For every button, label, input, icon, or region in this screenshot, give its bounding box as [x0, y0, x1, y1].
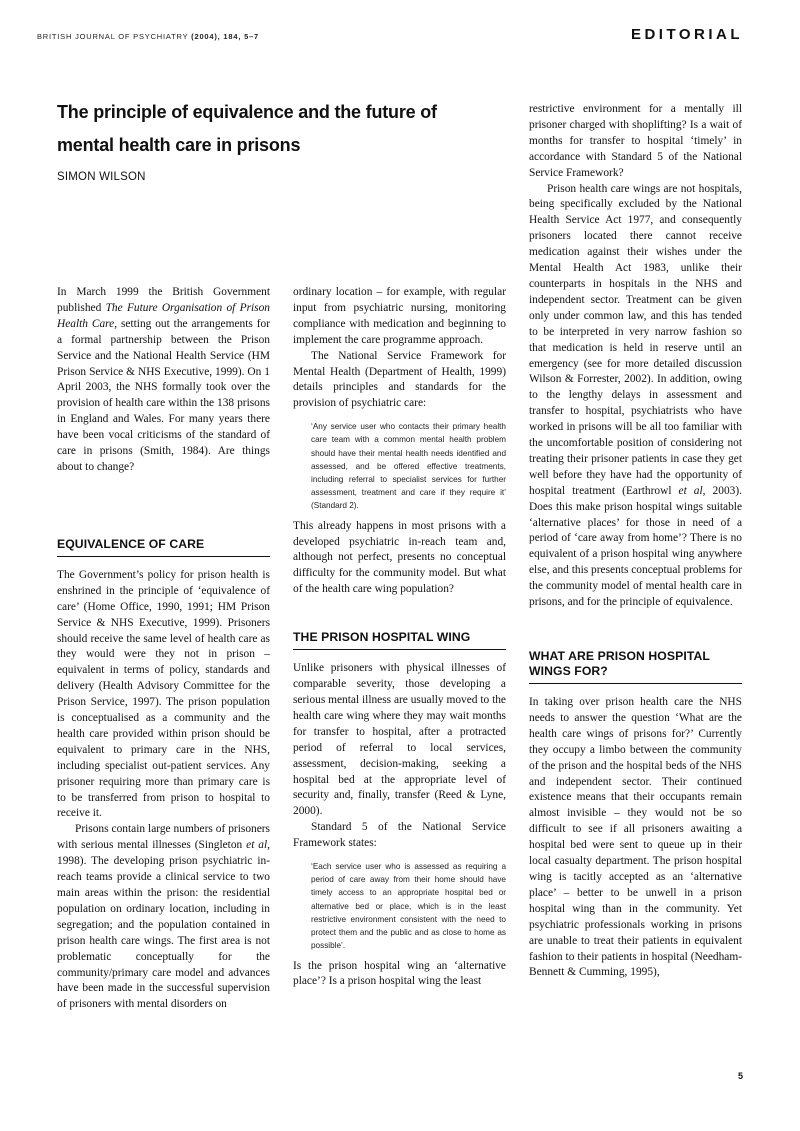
equiv-p2-text-b: , 1998). The developing prison psychiatr…	[57, 839, 270, 1010]
heading-prison-hospital-wing: THE PRISON HOSPITAL WING	[293, 630, 506, 650]
hospital-wing-paragraph-1: Unlike prisoners with physical illnesses…	[293, 661, 506, 820]
column-2: ordinary location – for example, with re…	[293, 285, 506, 990]
heading-what-are-prison-hospital-wings-for: WHAT ARE PRISON HOSPITAL WINGS FOR?	[529, 649, 742, 684]
equiv-p2-italic: et al	[246, 839, 267, 851]
after-quote-paragraph: This already happens in most prisons wit…	[293, 519, 506, 599]
column-1: In March 1999 the British Government pub…	[57, 285, 270, 1013]
continued-paragraph: ordinary location – for example, with re…	[293, 285, 506, 349]
continued-paragraph: restrictive environment for a mentally i…	[529, 102, 742, 182]
article-author: SIMON WILSON	[57, 171, 146, 183]
hospital-wing-paragraph-2: Standard 5 of the National Service Frame…	[293, 820, 506, 852]
quote-standard-5: ‘Each service user who is assessed as re…	[293, 860, 506, 952]
section-label: EDITORIAL	[631, 26, 743, 43]
page-number: 5	[738, 1071, 743, 1081]
health-care-wings-paragraph: Prison health care wings are not hospita…	[529, 182, 742, 611]
column-3: restrictive environment for a mentally i…	[529, 102, 742, 981]
running-head: BRITISH JOURNAL OF PSYCHIATRY (2004), 18…	[37, 32, 259, 41]
journal-citation: (2004), 184, 5–7	[191, 32, 259, 41]
wings-italic: et al	[679, 485, 703, 497]
equivalence-paragraph-2: Prisons contain large numbers of prisone…	[57, 822, 270, 1013]
journal-name: BRITISH JOURNAL OF PSYCHIATRY	[37, 32, 188, 41]
intro-paragraph: In March 1999 the British Government pub…	[57, 285, 270, 476]
article-title: The principle of equivalence and the fut…	[57, 96, 477, 162]
what-for-paragraph: In taking over prison health care the NH…	[529, 695, 742, 981]
quote-standard-2: ‘Any service user who contacts their pri…	[293, 420, 506, 512]
wings-text-a: Prison health care wings are not hospita…	[529, 183, 742, 497]
wings-text-b: , 2003). Does this make prison hospital …	[529, 485, 742, 608]
hospital-wing-paragraph-3: Is the prison hospital wing an ‘alternat…	[293, 959, 506, 991]
equivalence-paragraph-1: The Government’s policy for prison healt…	[57, 568, 270, 823]
equiv-p2-text-a: Prisons contain large numbers of prisone…	[57, 823, 270, 851]
intro-text-b: , setting out the arrangements for a for…	[57, 318, 270, 473]
heading-equivalence-of-care: EQUIVALENCE OF CARE	[57, 537, 270, 557]
nsf-paragraph: The National Service Framework for Menta…	[293, 349, 506, 413]
